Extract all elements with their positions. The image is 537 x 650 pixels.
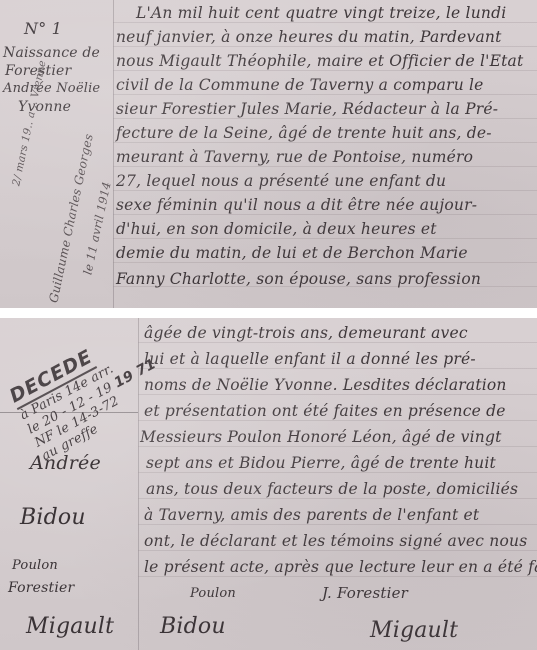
- ruled-line: [113, 238, 537, 239]
- record-text-line: L'An mil huit cent quatre vingt treize, …: [120, 4, 506, 22]
- ruled-line: [138, 342, 537, 343]
- ruled-line: [113, 94, 537, 95]
- ruled-line: [113, 46, 537, 47]
- record-text-line: lui et à laquelle enfant il a donné les …: [144, 350, 476, 368]
- ruled-line: [138, 550, 537, 551]
- record-number: N° 1: [24, 20, 62, 38]
- record-text-line: sept ans et Bidou Pierre, âgé de trente …: [146, 454, 496, 472]
- record-text-line: le présent acte, après que lecture leur …: [144, 558, 537, 576]
- record-text-line: d'hui, en son domicile, à deux heures et: [116, 220, 437, 238]
- record-text-line: neuf janvier, à onze heures du matin, Pa…: [116, 28, 502, 46]
- record-text-line: et présentation ont été faites en présen…: [144, 402, 506, 420]
- record-text-line: 27, lequel nous a présenté une enfant du: [116, 172, 446, 190]
- ruled-line: [138, 420, 537, 421]
- ruled-line: [113, 118, 537, 119]
- margin-signature: Poulon: [12, 558, 58, 573]
- ruled-line: [138, 524, 537, 525]
- ruled-line: [138, 576, 537, 577]
- record-text-line: Fanny Charlotte, son épouse, sans profes…: [116, 270, 481, 288]
- ruled-line: [113, 166, 537, 167]
- ruled-line: [113, 262, 537, 263]
- ruled-line: [138, 446, 537, 447]
- record-text-line: à Taverny, amis des parents de l'enfant …: [144, 506, 479, 524]
- ruled-line: [138, 498, 537, 499]
- ruled-line: [138, 368, 537, 369]
- ruled-line: [138, 472, 537, 473]
- record-text-line: demie du matin, de lui et de Berchon Mar…: [116, 244, 468, 262]
- ruled-line: [113, 190, 537, 191]
- signature-bidou: Bidou: [160, 614, 226, 639]
- record-text-line: Messieurs Poulon Honoré Léon, âgé de vin…: [140, 428, 502, 446]
- record-text-line: ans, tous deux facteurs de la poste, dom…: [146, 480, 518, 498]
- margin-signature: Migault: [26, 614, 114, 639]
- ruled-line: [138, 394, 537, 395]
- record-text-line: nous Migault Théophile, maire et Officie…: [116, 52, 523, 70]
- page-separator: [0, 308, 537, 318]
- record-text-line: noms de Noëlie Yvonne. Lesdites déclarat…: [144, 376, 507, 394]
- record-text-line: âgée de vingt-trois ans, demeurant avec: [144, 324, 468, 342]
- ruled-line: [113, 214, 537, 215]
- record-text-line: ont, le déclarant et les témoins signé a…: [144, 532, 527, 550]
- margin-first-name: Andrée: [30, 452, 101, 474]
- margin-heading-line: Naissance de: [3, 44, 100, 62]
- margin-signature: Forestier: [8, 580, 74, 596]
- signature-forestier: J. Forestier: [322, 584, 408, 602]
- margin-heading-line: Andrée Noëlie: [3, 80, 100, 98]
- record-text-line: sexe féminin qu'il nous a dit être née a…: [116, 196, 477, 214]
- margin-annotation: Guillaume Charles Georges: [46, 133, 96, 304]
- ruled-line: [113, 22, 537, 23]
- record-text-line: fecture de la Seine, âgé de trente huit …: [116, 124, 492, 142]
- signature-poulon: Poulon: [190, 586, 236, 601]
- record-text-line: sieur Forestier Jules Marie, Rédacteur à…: [116, 100, 498, 118]
- margin-signature: Bidou: [20, 505, 86, 530]
- record-text-line: meurant à Taverny, rue de Pontoise, numé…: [116, 148, 473, 166]
- record-text-line: civil de la Commune de Taverny a comparu…: [116, 76, 484, 94]
- signature-migault: Migault: [370, 618, 458, 643]
- register-page-top: N° 1 Naissance de Forestier Andrée Noëli…: [0, 0, 537, 308]
- ruled-line: [113, 142, 537, 143]
- ruled-line: [113, 70, 537, 71]
- margin-annotation: le 11 avril 1914: [80, 180, 113, 276]
